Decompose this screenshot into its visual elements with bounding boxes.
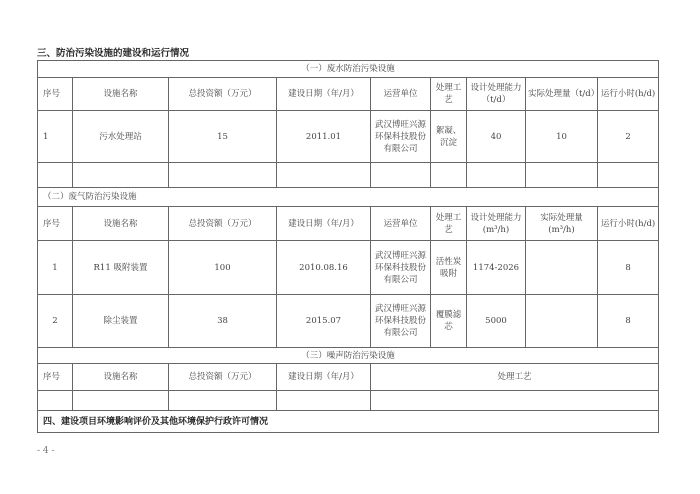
cell-empty — [526, 163, 598, 188]
wastewater-header-row: 序号 设施名称 总投资额（万元） 建设日期（年/月） 运营单位 处理工艺 设计处… — [38, 78, 659, 111]
exhaust-section-label: （二）废气防治污染设施 — [38, 188, 659, 207]
header-design-capacity: 设计处理能力(m³/h) — [467, 207, 526, 241]
exhaust-section-row: （二）废气防治污染设施 — [38, 188, 659, 207]
cell-process: 覆膜滤芯 — [431, 295, 467, 348]
header-build-date: 建设日期（年/月） — [277, 364, 371, 391]
table-row-empty — [38, 391, 659, 411]
cell-empty — [277, 391, 371, 411]
cell-total-investment: 100 — [169, 241, 277, 295]
cell-empty — [371, 391, 659, 411]
cell-actual-volume — [526, 241, 598, 295]
header-build-date: 建设日期（年/月） — [277, 78, 371, 111]
header-index: 序号 — [38, 78, 73, 111]
cell-operator: 武汉博旺兴源环保科技股份有限公司 — [371, 241, 431, 295]
header-build-date: 建设日期（年/月） — [277, 207, 371, 241]
page-number: - 4 - — [37, 446, 55, 456]
header-total-investment: 总投资额（万元） — [169, 207, 277, 241]
cell-facility-name: R11 吸附装置 — [73, 241, 169, 295]
header-process: 处理工艺 — [431, 207, 467, 241]
header-run-hours: 运行小时(h/d) — [598, 78, 659, 111]
noise-section-row: （三）噪声防治污染设施 — [38, 348, 659, 364]
cell-run-hours: 8 — [598, 295, 659, 348]
cell-facility-name: 除尘装置 — [73, 295, 169, 348]
section-3-title: 三、防治污染设施的建设和运行情况 — [37, 45, 189, 59]
cell-empty — [371, 163, 431, 188]
noise-header-row: 序号 设施名称 总投资额（万元） 建设日期（年/月） 处理工艺 — [38, 364, 659, 391]
noise-section-label: （三）噪声防治污染设施 — [38, 348, 659, 364]
cell-empty — [169, 163, 277, 188]
table-row-empty — [38, 163, 659, 188]
pollution-facilities-table: （一）废水防治污染设施 序号 设施名称 总投资额（万元） 建设日期（年/月） 运… — [37, 60, 659, 433]
cell-process: 絮凝、沉淀 — [431, 111, 467, 163]
header-total-investment: 总投资额（万元） — [169, 78, 277, 111]
cell-index: 1 — [38, 241, 73, 295]
header-actual-volume: 实际处理量（t/d） — [526, 78, 598, 111]
cell-build-date: 2015.07 — [277, 295, 371, 348]
table-row: 1 污水处理站 15 2011.01 武汉博旺兴源环保科技股份有限公司 絮凝、沉… — [38, 111, 659, 163]
cell-index: 2 — [38, 295, 73, 348]
wastewater-section-row: （一）废水防治污染设施 — [38, 61, 659, 78]
cell-empty — [431, 163, 467, 188]
header-total-investment: 总投资额（万元） — [169, 364, 277, 391]
cell-design-capacity: 40 — [467, 111, 526, 163]
table-row: 2 除尘装置 38 2015.07 武汉博旺兴源环保科技股份有限公司 覆膜滤芯 … — [38, 295, 659, 348]
header-facility-name: 设施名称 — [73, 207, 169, 241]
cell-index: 1 — [38, 111, 73, 163]
header-design-capacity: 设计处理能力（t/d） — [467, 78, 526, 111]
cell-build-date: 2010.08.16 — [277, 241, 371, 295]
cell-empty — [169, 391, 277, 411]
cell-design-capacity: 5000 — [467, 295, 526, 348]
cell-operator: 武汉博旺兴源环保科技股份有限公司 — [371, 295, 431, 348]
cell-empty — [73, 391, 169, 411]
header-process: 处理工艺 — [371, 364, 659, 391]
cell-total-investment: 15 — [169, 111, 277, 163]
header-index: 序号 — [38, 207, 73, 241]
header-operator: 运营单位 — [371, 207, 431, 241]
cell-actual-volume — [526, 295, 598, 348]
cell-facility-name: 污水处理站 — [73, 111, 169, 163]
section-4-row: 四、建设项目环境影响评价及其他环境保护行政许可情况 — [38, 411, 659, 433]
cell-build-date: 2011.01 — [277, 111, 371, 163]
cell-empty — [467, 163, 526, 188]
cell-operator: 武汉博旺兴源环保科技股份有限公司 — [371, 111, 431, 163]
header-actual-volume: 实际处理量(m³/h) — [526, 207, 598, 241]
table-row: 1 R11 吸附装置 100 2010.08.16 武汉博旺兴源环保科技股份有限… — [38, 241, 659, 295]
header-index: 序号 — [38, 364, 73, 391]
header-run-hours: 运行小时(h/d) — [598, 207, 659, 241]
cell-actual-volume: 10 — [526, 111, 598, 163]
exhaust-header-row: 序号 设施名称 总投资额（万元） 建设日期（年/月） 运营单位 处理工艺 设计处… — [38, 207, 659, 241]
header-operator: 运营单位 — [371, 78, 431, 111]
header-process: 处理工艺 — [431, 78, 467, 111]
header-facility-name: 设施名称 — [73, 78, 169, 111]
cell-empty — [73, 163, 169, 188]
cell-design-capacity: 1174-2026 — [467, 241, 526, 295]
wastewater-section-label: （一）废水防治污染设施 — [38, 61, 659, 78]
header-facility-name: 设施名称 — [73, 364, 169, 391]
cell-empty — [38, 163, 73, 188]
section-4-title: 四、建设项目环境影响评价及其他环境保护行政许可情况 — [38, 411, 659, 433]
cell-empty — [277, 163, 371, 188]
cell-run-hours: 2 — [598, 111, 659, 163]
cell-empty — [598, 163, 659, 188]
cell-run-hours: 8 — [598, 241, 659, 295]
cell-empty — [38, 391, 73, 411]
cell-process: 活性炭吸附 — [431, 241, 467, 295]
cell-total-investment: 38 — [169, 295, 277, 348]
